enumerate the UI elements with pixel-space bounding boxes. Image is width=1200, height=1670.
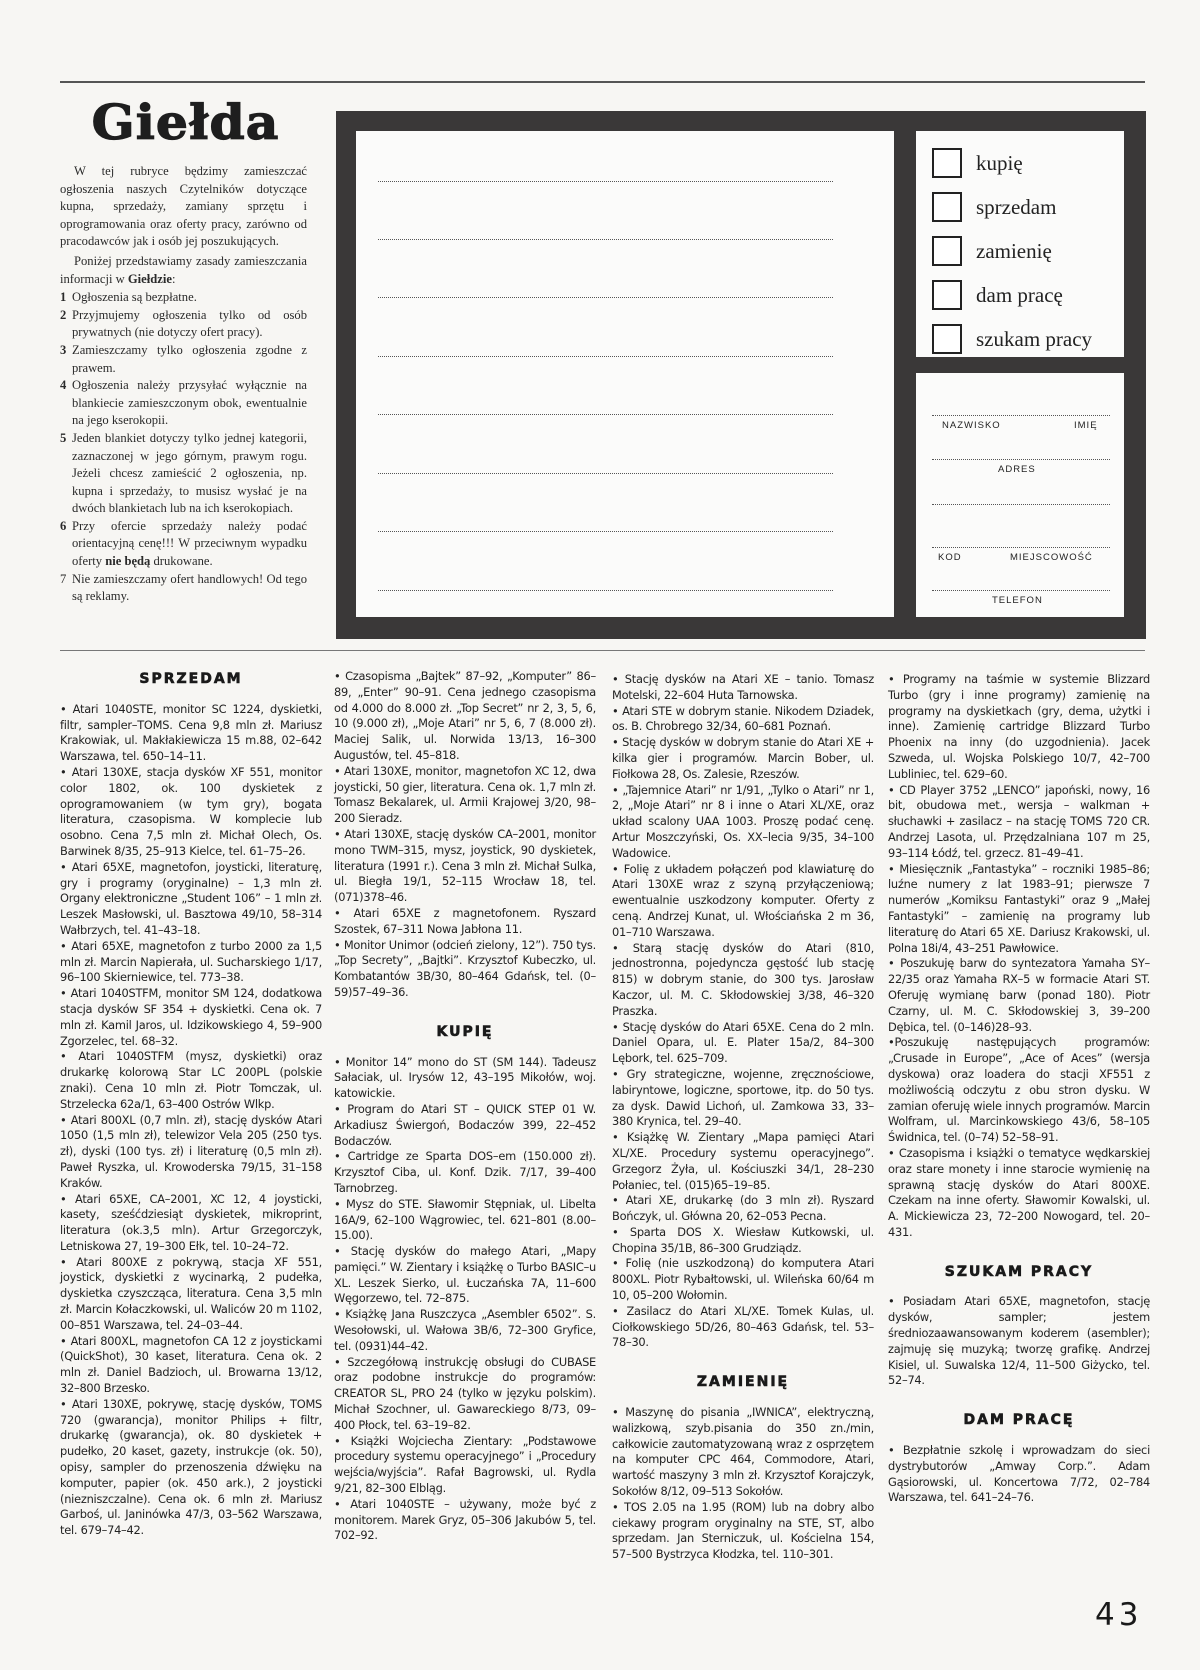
rule-number: 4 <box>60 377 66 395</box>
ad-item: • Monitor 14” mono do ST (SM 144). Tadeu… <box>334 1055 596 1102</box>
write-line[interactable] <box>378 414 833 415</box>
ads-column-1: SPRZEDAM • Atari 1040STE, monitor SC 122… <box>60 672 322 1539</box>
ad-item: • Atari 1040STFM, monitor SM 124, dodatk… <box>60 986 322 1049</box>
ad-item: • Atari XE, drukarkę (do 3 mln zł). Rysz… <box>612 1193 874 1225</box>
ad-item: • Atari 130XE, stacja dysków XF 551, mon… <box>60 765 322 860</box>
intro-column: Giełda W tej rubryce będzimy zamieszczać… <box>60 95 307 606</box>
rule-item: 3Zamieszczamy tylko ogłoszenia zgodne z … <box>60 342 307 377</box>
rule-text-bold: nie będą <box>105 554 150 568</box>
ad-item: • Poszukuję barw do syntezatora Yamaha S… <box>888 956 1150 1035</box>
address-field-2[interactable] <box>932 504 1110 505</box>
rule-text: Ogłoszenia są bezpłatne. <box>72 290 197 304</box>
section-heading-kupie: KUPIĘ <box>334 1025 596 1041</box>
rules-list: 1Ogłoszenia są bezpłatne. 2Przyjmujemy o… <box>60 289 307 606</box>
intro-paragraph: W tej rubryce będzimy zamieszczać ogłosz… <box>60 163 307 251</box>
ad-item: • Atari 65XE z magnetofonem. Ryszard Szo… <box>334 906 596 938</box>
ad-text-area[interactable] <box>356 131 894 617</box>
ad-item: • Stację dysków w dobrym stanie do Atari… <box>612 735 874 782</box>
rules-lead-text: Poniżej przedstawiamy zasady zamieszczan… <box>60 254 307 286</box>
ad-item: • Stację dysków do małego Atari, „Mapy p… <box>334 1244 596 1307</box>
category-label: zamienię <box>976 239 1052 264</box>
rule-number: 3 <box>60 342 66 360</box>
ad-item: • Atari 130XE, stację dysków CA–2001, mo… <box>334 827 596 906</box>
rule-number: 6 <box>60 518 66 536</box>
ad-item: • Czasopisma „Bajtek” 87–92, „Komputer” … <box>334 669 596 764</box>
ad-item: • Folię (nie uszkodzoną) do komputera At… <box>612 1256 874 1303</box>
rule-item: 7Nie zamieszczamy ofert handlowych! Od t… <box>60 571 307 606</box>
ad-item: • Atari 65XE, magnetofon, joysticki, lit… <box>60 860 322 939</box>
address-block: NAZWISKO IMIĘ ADRES KOD MIEJSCOWOŚĆ TELE… <box>916 373 1124 617</box>
ad-item: • „Tajemnice Atari” nr 1/91, „Tylko o At… <box>612 783 874 862</box>
ad-item: • Bezpłatnie szkolę i wprowadzam do siec… <box>888 1443 1150 1506</box>
category-sprzedam[interactable]: sprzedam <box>932 185 1124 229</box>
ad-item: • Posiadam Atari 65XE, magnetofon, stacj… <box>888 1294 1150 1389</box>
rule-text-suffix: drukowane. <box>150 554 212 568</box>
section-heading-zamienie: ZAMIENIĘ <box>612 1375 874 1391</box>
ad-item: • Atari 800XL (0,7 mln. zł), stację dysk… <box>60 1113 322 1192</box>
ad-item: • Stację dysków do Atari 65XE. Cena do 2… <box>612 1020 874 1067</box>
rule-item: 6Przy ofercie sprzedaży należy podać ori… <box>60 518 307 571</box>
category-label: kupię <box>976 151 1023 176</box>
ad-item: • Program do Atari ST – QUICK STEP 01 W.… <box>334 1102 596 1149</box>
section-heading-dam-prace: DAM PRACĘ <box>888 1413 1150 1429</box>
rule-number: 7 <box>60 571 66 589</box>
ad-item: • Atari STE w dobrym stanie. Nikodem Dzi… <box>612 704 874 736</box>
ad-item: • Sparta DOS X. Wiesław Kutkowski, ul. C… <box>612 1225 874 1257</box>
ads-column-4: • Programy na taśmie w systemie Blizzard… <box>888 672 1150 1506</box>
rule-text: Zamieszczamy tylko ogłoszenia zgodne z p… <box>72 343 307 375</box>
page-number: 43 <box>1095 1597 1142 1633</box>
ad-item: • Atari 1040STE – używany, może być z mo… <box>334 1497 596 1544</box>
ad-coupon-form: kupię sprzedam zamienię dam pracę szukam… <box>336 111 1146 639</box>
ad-item: • Atari 130XE, pokrywę, stację dysków, T… <box>60 1397 322 1539</box>
postcode-label: KOD <box>938 552 962 563</box>
write-line[interactable] <box>378 473 833 474</box>
category-zamienie[interactable]: zamienię <box>932 229 1124 273</box>
ads-column-3: • Stację dysków na Atari XE – tanio. Tom… <box>612 672 874 1563</box>
rule-text: Jeden blankiet dotyczy tylko jednej kate… <box>72 431 307 515</box>
ad-item: • Czasopisma i książki o tematyce wędkar… <box>888 1146 1150 1241</box>
address-field[interactable] <box>932 459 1110 460</box>
write-line[interactable] <box>378 239 833 240</box>
first-name-label: IMIĘ <box>1074 420 1098 431</box>
rule-item: 5Jeden blankiet dotyczy tylko jednej kat… <box>60 430 307 518</box>
write-line[interactable] <box>378 181 833 182</box>
write-line[interactable] <box>378 297 833 298</box>
rule-text: Ogłoszenia należy przysyłać wyłącznie na… <box>72 378 307 427</box>
ad-item: • Szczegółową instrukcję obsługi do CUBA… <box>334 1355 596 1434</box>
postcode-city-field[interactable] <box>932 547 1110 548</box>
ad-item: • Atari 1040STFM (mysz, dyskietki) oraz … <box>60 1049 322 1112</box>
rules-lead-bold: Giełdzie <box>128 272 172 286</box>
ad-item: •Poszukuję następujących programów: „Cru… <box>888 1035 1150 1146</box>
ad-item: • Gry strategiczne, wojenne, zręcznościo… <box>612 1067 874 1130</box>
ad-item: • Monitor Unimor (odcień zielony, 12”). … <box>334 938 596 1001</box>
write-line[interactable] <box>378 590 833 591</box>
category-label: dam pracę <box>976 283 1063 308</box>
write-line[interactable] <box>378 356 833 357</box>
section-heading-szukam-pracy: SZUKAM PRACY <box>888 1265 1150 1281</box>
category-dam-prace[interactable]: dam pracę <box>932 273 1124 317</box>
category-checkboxes: kupię sprzedam zamienię dam pracę szukam… <box>916 131 1124 357</box>
ad-item: • Atari 1040STE, monitor SC 1224, dyskie… <box>60 702 322 765</box>
page-title: Giełda <box>92 95 276 151</box>
ad-item: • Stację dysków na Atari XE – tanio. Tom… <box>612 672 874 704</box>
checkbox-icon[interactable] <box>932 148 962 178</box>
ad-item: • Starą stację dysków do Atari (810, jed… <box>612 941 874 1020</box>
ads-column-2: • Czasopisma „Bajtek” 87–92, „Komputer” … <box>334 669 596 1544</box>
intro-rules-lead: Poniżej przedstawiamy zasady zamieszczan… <box>60 253 307 288</box>
city-label: MIEJSCOWOŚĆ <box>1010 552 1093 563</box>
category-label: sprzedam <box>976 195 1056 220</box>
address-label: ADRES <box>998 464 1036 475</box>
phone-label: TELEFON <box>992 595 1043 606</box>
category-szukam-pracy[interactable]: szukam pracy <box>932 317 1124 361</box>
top-rule <box>60 81 1145 83</box>
checkbox-icon[interactable] <box>932 236 962 266</box>
rule-item: 4Ogłoszenia należy przysyłać wyłącznie n… <box>60 377 307 430</box>
rule-text: Nie zamieszczamy ofert handlowych! Od te… <box>72 572 307 604</box>
surname-label: NAZWISKO <box>942 420 1001 431</box>
rule-text: Przyjmujemy ogłoszenia tylko od osób pry… <box>72 308 307 340</box>
surname-field[interactable] <box>932 415 1110 416</box>
rule-item: 1Ogłoszenia są bezpłatne. <box>60 289 307 307</box>
rules-lead-colon: : <box>172 272 176 286</box>
ad-item: • Atari 130XE, monitor, magnetofon XC 12… <box>334 764 596 827</box>
rule-item: 2Przyjmujemy ogłoszenia tylko od osób pr… <box>60 307 307 342</box>
rule-number: 2 <box>60 307 66 325</box>
checkbox-icon[interactable] <box>932 280 962 310</box>
ad-item: • Książki Wojciecha Zientary: „Podstawow… <box>334 1434 596 1497</box>
category-kupie[interactable]: kupię <box>932 141 1124 185</box>
section-heading-sprzedam: SPRZEDAM <box>60 672 322 688</box>
ad-item: • Zasilacz do Atari XL/XE. Tomek Kulas, … <box>612 1304 874 1351</box>
ad-item: • TOS 2.05 na 1.95 (ROM) lub na dobry al… <box>612 1500 874 1563</box>
checkbox-icon[interactable] <box>932 324 962 354</box>
write-line[interactable] <box>378 531 833 532</box>
ad-item: • CD Player 3752 „LENCO” japoński, nowy,… <box>888 783 1150 862</box>
ad-item: • Folię z układem połączeń pod klawiatur… <box>612 862 874 941</box>
section-divider <box>60 650 1145 651</box>
ad-item: • Atari 800XL, magnetofon CA 12 z joysti… <box>60 1334 322 1397</box>
ad-item: • Atari 65XE, magnetofon z turbo 2000 za… <box>60 939 322 986</box>
phone-field[interactable] <box>932 590 1110 591</box>
rule-number: 1 <box>60 289 66 307</box>
ad-item: • Cartridge ze Sparta DOS–em (150.000 zł… <box>334 1149 596 1196</box>
checkbox-icon[interactable] <box>932 192 962 222</box>
ad-item: • Książkę W. Zientary „Mapa pamięci Atar… <box>612 1130 874 1193</box>
ad-item: • Mysz do STE. Sławomir Stępniak, ul. Li… <box>334 1197 596 1244</box>
ad-item: • Miesięcznik „Fantastyka” – roczniki 19… <box>888 862 1150 957</box>
ad-item: • Maszynę do pisania „IWNICA”, elektrycz… <box>612 1405 874 1500</box>
category-label: szukam pracy <box>976 327 1092 352</box>
ad-item: • Programy na taśmie w systemie Blizzard… <box>888 672 1150 783</box>
ad-item: • Książkę Jana Ruszczyca „Asembler 6502”… <box>334 1307 596 1354</box>
rule-number: 5 <box>60 430 66 448</box>
ad-item: • Atari 65XE, CA–2001, XC 12, 4 joystick… <box>60 1192 322 1255</box>
ad-item: • Atari 800XE z pokrywą, stacja XF 551, … <box>60 1255 322 1334</box>
